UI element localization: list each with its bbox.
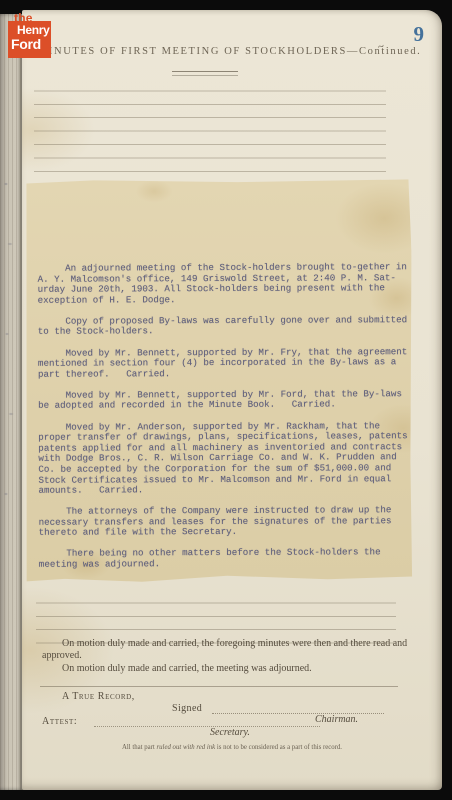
henry-ford-logo: the Henry Ford [8,21,51,58]
motion-approved-text: On motion duly made and carried, the for… [42,638,424,661]
secretary-label: Secretary. [210,727,250,738]
ledger-page: 9 MINUTES OF FIRST MEETING OF STOCKHOLDE… [22,10,442,790]
logo-ford-text: Ford [11,36,41,52]
fine-print-note: All that part ruled out with red ink is … [22,744,442,751]
motion-adjourned-text: On motion duly made and carried, the mee… [42,663,424,675]
scanned-minute-book-photo: 9 MINUTES OF FIRST MEETING OF STOCKHOLDE… [0,0,452,800]
previous-page-writing [2,154,16,574]
book-binding-edge [0,14,24,790]
chairman-signature-line [212,713,384,714]
signed-row: Signed [172,703,402,714]
attest-label: Attest: [42,716,77,727]
secretary-signature-line [94,726,320,727]
divider-rule [40,686,398,687]
printed-closing-form: On motion duly made and carried, the for… [22,10,442,790]
true-record-label: A True Record, [62,691,135,702]
chairman-label: Chairman. [315,714,358,725]
logo-henry-text: Henry [17,23,50,37]
signed-label: Signed [172,703,202,714]
